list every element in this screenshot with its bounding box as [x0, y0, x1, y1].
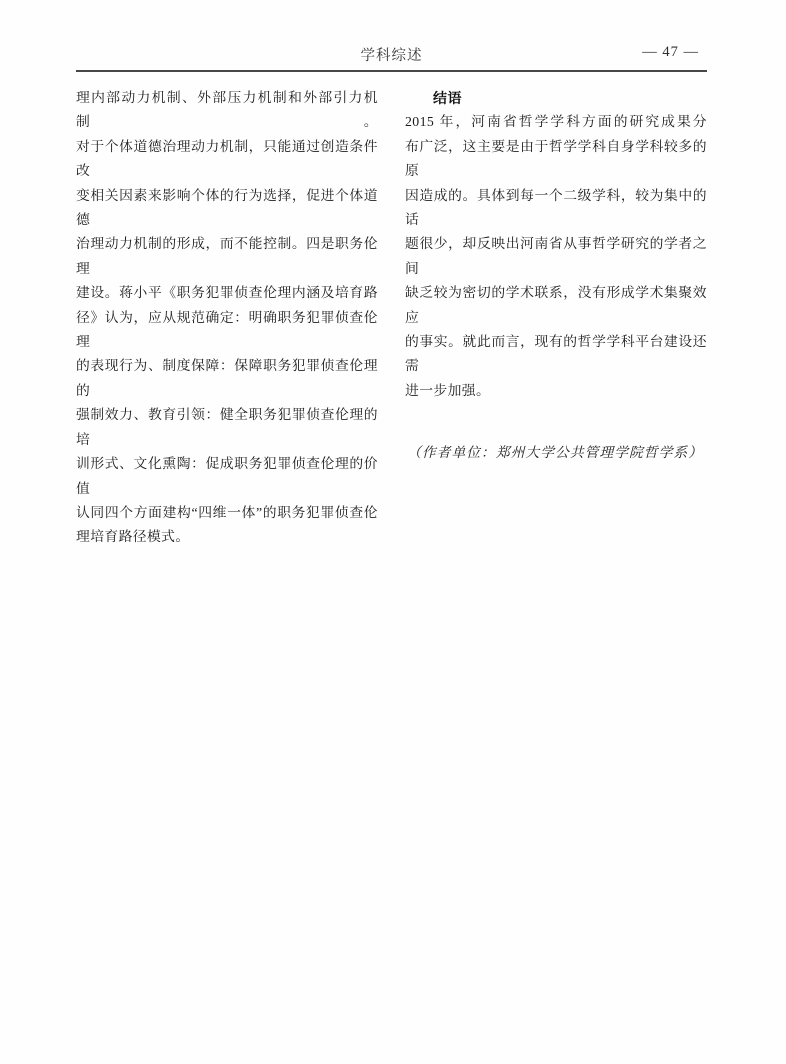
text-line: 布广泛，这主要是由于哲学学科自身学科较多的原 — [405, 135, 707, 184]
text-line: 因造成的。具体到每一个二级学科，较为集中的话 — [405, 184, 707, 233]
text-line: 对于个体道德治理动力机制，只能通过创造条件改 — [76, 135, 378, 184]
running-head-title: 学科综述 — [76, 44, 707, 65]
text-line: 变相关因素来影响个体的行为选择，促进个体道德 — [76, 184, 378, 233]
header-rule — [76, 70, 707, 72]
text-line: 进一步加强。 — [405, 379, 707, 403]
conclusion-paragraph: 2015 年，河南省哲学学科方面的研究成果分布广泛，这主要是由于哲学学科自身学科… — [405, 110, 707, 403]
text-line: 的事实。就此而言，现有的哲学学科平台建设还需 — [405, 330, 707, 379]
text-line: 训形式、文化熏陶：促成职务犯罪侦查伦理的价值 — [76, 452, 378, 501]
running-head: 学科综述 — 47 — — [76, 44, 707, 64]
text-line: 治理动力机制的形成，而不能控制。四是职务伦理 — [76, 232, 378, 281]
document-page: 学科综述 — 47 — 理内部动力机制、外部压力机制和外部引力机制。对于个体道德… — [0, 0, 786, 1064]
section-heading-conclusion: 结语 — [405, 86, 707, 110]
text-line: 理培育路径模式。 — [76, 525, 378, 549]
text-line: 建设。蒋小平《职务犯罪侦查伦理内涵及培育路 — [76, 281, 378, 305]
left-column: 理内部动力机制、外部压力机制和外部引力机制。对于个体道德治理动力机制，只能通过创… — [76, 86, 378, 550]
page-number: — 47 — — [642, 44, 699, 61]
text-line: 认同四个方面建构“四维一体”的职务犯罪侦查伦 — [76, 501, 378, 525]
text-line: 2015 年，河南省哲学学科方面的研究成果分 — [405, 110, 707, 134]
text-line: 的表现行为、制度保障：保障职务犯罪侦查伦理的 — [76, 354, 378, 403]
text-line: 理内部动力机制、外部压力机制和外部引力机制。 — [76, 86, 378, 135]
text-line: 径》认为，应从规范确定：明确职务犯罪侦查伦理 — [76, 306, 378, 355]
text-line: 缺乏较为密切的学术联系，没有形成学术集聚效应 — [405, 281, 707, 330]
right-column: 结语 2015 年，河南省哲学学科方面的研究成果分布广泛，这主要是由于哲学学科自… — [405, 86, 707, 550]
text-line: 题很少，却反映出河南省从事哲学研究的学者之间 — [405, 232, 707, 281]
text-columns: 理内部动力机制、外部压力机制和外部引力机制。对于个体道德治理动力机制，只能通过创… — [76, 86, 707, 550]
author-affiliation: （作者单位：郑州大学公共管理学院哲学系） — [405, 441, 707, 465]
left-column-text: 理内部动力机制、外部压力机制和外部引力机制。对于个体道德治理动力机制，只能通过创… — [76, 86, 378, 550]
text-line: 强制效力、教育引领：健全职务犯罪侦查伦理的培 — [76, 403, 378, 452]
